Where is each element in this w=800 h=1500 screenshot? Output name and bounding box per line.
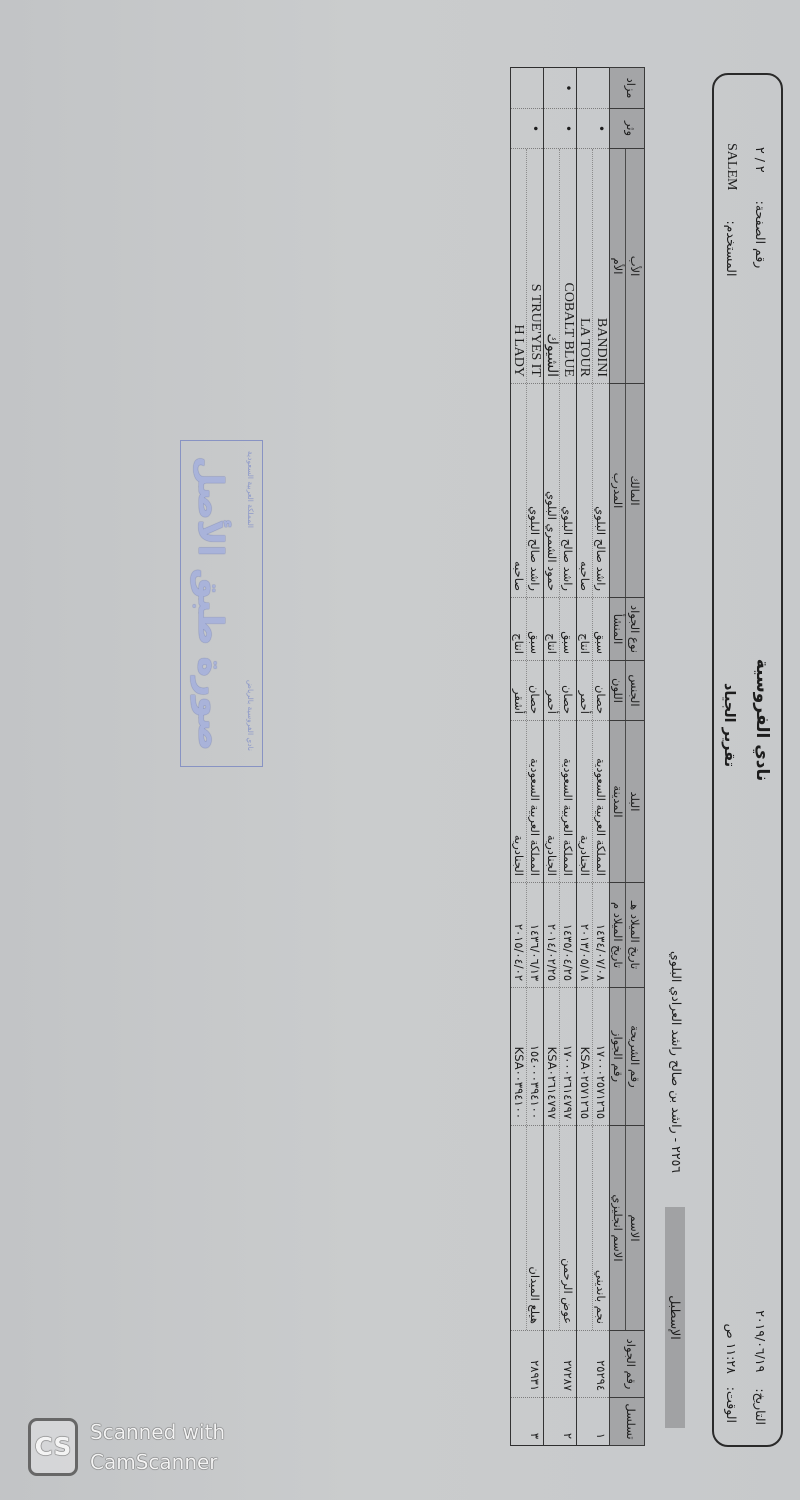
horse-row: ٢٢٧٢٨٧عوض الرحمن١٧٠٠٠٢٦١٤٧٩٧KSA٠٢٦١٤٧٩٧١… (544, 68, 577, 1446)
column-header-name: الاسمالاسم انجليزي (610, 1126, 645, 1331)
value-name_en (577, 1126, 592, 1330)
value-city: الجنادرية (511, 721, 526, 882)
date-value: ٢٠١٩/٠٦/١٩ (752, 1310, 768, 1372)
column-label: الجنس (626, 661, 644, 720)
stable-owner: ٢٢٥٦ - راشد بن صالح راشد العرادي البلوي (666, 951, 686, 1173)
cell-horse_type: سبقانتاج (544, 598, 577, 661)
cell-country: المملكة العربية السعوديةالجنادرية (577, 721, 610, 883)
stamp-second-line: المملكة العربية السعودية (245, 451, 255, 528)
column-label: رقم الشريحة (626, 988, 644, 1125)
cell-name: عوض الرحمن (544, 1126, 577, 1331)
stable-label: الإسطبل (668, 1295, 683, 1340)
cell-sex: حصانأحمر (577, 661, 610, 721)
value-dam: الشيوك (544, 149, 559, 383)
cell-owner: راشد صالح البلويصاحبه (577, 384, 610, 598)
value-sire: S TRUE'YES IT (526, 149, 543, 383)
empty-line (512, 109, 527, 148)
column-sublabel: اللون (610, 661, 626, 720)
cell-horse_no: ٢٧٢٨٧ (544, 1331, 577, 1398)
cell-chip: ١٥٤٠٠٠٣٩٤١٠٠KSA٠٠٣٩٤١٠٠ (511, 988, 544, 1126)
value-horse_no: ٢٧٢٨٧ (560, 1331, 576, 1397)
value-sex: حصان (592, 661, 609, 720)
column-sublabel: الاسم انجليزي (610, 1126, 626, 1330)
empty-line (545, 1398, 560, 1445)
value-dob_hijri: ١٤٣٥/٠٤/٢٥ (559, 883, 576, 987)
cell-owner: راشد صالح البلويصاحبه (511, 384, 544, 598)
date-label: التاريخ: (752, 1388, 768, 1425)
column-header-type: نوع الجوادالمنشأ (610, 598, 645, 661)
value-name_en (511, 1126, 526, 1330)
column-label: نوع الجواد (626, 598, 644, 660)
cell-horse_no: ٢٨٩٣١ (511, 1331, 544, 1398)
user-value: SALEM (723, 143, 739, 190)
value-color: أحمر (577, 661, 592, 720)
cell-sire: COBALT BLUEالشيوك (544, 149, 577, 384)
column-header-country: البلدالمدينة (610, 721, 645, 883)
cell-withers: • (577, 109, 610, 149)
value-chip: ١٥٤٠٠٠٣٩٤١٠٠ (526, 988, 543, 1125)
value-owner: راشد صالح البلوي (592, 384, 609, 597)
value-sire: BANDINI (592, 149, 609, 383)
camscanner-watermark: Scanned with CamScanner (90, 1417, 225, 1477)
report-subtitle: تقرير الجياد (720, 683, 738, 767)
report-time: الوقت: ١١:٢٨ ص (723, 1324, 739, 1423)
empty-line (578, 109, 593, 148)
column-sublabel: رقم الجواز (610, 988, 626, 1125)
cell-dob_hijri: ١٤٣٦/٠٦/١٣٢٠١٥/٠٤/٠٢ (511, 883, 544, 988)
value-city: الجنادرية (544, 721, 559, 882)
column-header-auction: مزاد (610, 68, 645, 109)
value-auction (593, 68, 609, 108)
cell-name: نجم بانديني (577, 1126, 610, 1331)
value-serial: ٢ (560, 1398, 576, 1445)
value-dam: LA TOUR (577, 149, 592, 383)
value-trainer: صاحبه (511, 384, 526, 597)
column-label: تسلسل (611, 1398, 644, 1445)
column-label: الأب (626, 149, 644, 383)
column-label: البلد (626, 721, 644, 882)
horse-row: ١٢٥٢٩٤نجم بانديني١٧٠٠٠٢٥٧١٢٦٥KSA٠٢٥٧١٢٦٥… (577, 68, 610, 1446)
column-sublabel: المدينة (610, 721, 626, 882)
column-header-sex: الجنساللون (610, 661, 645, 721)
value-country: المملكة العربية السعودية (592, 721, 609, 882)
value-color: أشقر (511, 661, 526, 720)
value-trainer: صاحبه (577, 384, 592, 597)
cell-name: هيلع الميدان (511, 1126, 544, 1331)
value-origin: انتاج (577, 598, 592, 660)
value-withers: • (560, 109, 576, 148)
horse-row: ٣٢٨٩٣١هيلع الميدان١٥٤٠٠٠٣٩٤١٠٠KSA٠٠٣٩٤١٠… (511, 68, 544, 1446)
watermark-line-2: CamScanner (90, 1447, 225, 1477)
column-header-horse_no: رقم الجواد (610, 1331, 645, 1398)
cell-horse_type: سبقانتاج (511, 598, 544, 661)
cell-serial: ١ (577, 1398, 610, 1446)
cell-auction (511, 68, 544, 109)
cell-sex: حصانأحمر (544, 661, 577, 721)
time-label: الوقت: (723, 1387, 739, 1423)
value-country: المملكة العربية السعودية (559, 721, 576, 882)
value-dob_gregorian: ٢٠١٤/٠٢/٢٥ (544, 883, 559, 987)
page-number: رقم الصفحة: ٢ / ٢ (752, 147, 768, 268)
column-sublabel: الأم (610, 149, 626, 383)
cell-sire: BANDINILA TOUR (577, 149, 610, 384)
empty-line (578, 68, 593, 108)
cell-chip: ١٧٠٠٠٢٥٧١٢٦٥KSA٠٢٥٧١٢٦٥ (577, 988, 610, 1126)
cell-chip: ١٧٠٠٠٢٦١٤٧٩٧KSA٠٢٦١٤٧٩٧ (544, 988, 577, 1126)
value-sire: COBALT BLUE (559, 149, 576, 383)
value-auction: • (560, 68, 576, 108)
value-dob_hijri: ١٤٣٤/٠٧/٠٨ (592, 883, 609, 987)
value-sex: حصان (526, 661, 543, 720)
column-label: تاريخ الميلاد هـ (626, 883, 644, 987)
column-sublabel: المنشأ (610, 598, 626, 660)
empty-line (512, 1398, 527, 1445)
cell-owner: راشد صالح البلويحمود الشمري البلوي (544, 384, 577, 598)
value-origin: انتاج (544, 598, 559, 660)
cell-serial: ٣ (511, 1398, 544, 1446)
column-header-chip: رقم الشريحةرقم الجواز (610, 988, 645, 1126)
column-label: رقم الجواد (611, 1331, 644, 1397)
column-sublabel: تاريخ الميلاد م (610, 883, 626, 987)
report-user: المستخدم: SALEM (723, 143, 739, 276)
stamp-org-line: نادي الفروسية بالرياض (245, 680, 255, 751)
cell-country: المملكة العربية السعوديةالجنادرية (544, 721, 577, 883)
cell-dob_hijri: ١٤٣٤/٠٧/٠٨٢٠١٣/٠٥/١٨ (577, 883, 610, 988)
empty-line (578, 1331, 593, 1397)
report-title: نادي الفروسية (751, 659, 773, 782)
column-header-dob: تاريخ الميلاد هـتاريخ الميلاد م (610, 883, 645, 988)
time-value: ١١:٢٨ ص (723, 1324, 739, 1374)
value-name: عوض الرحمن (559, 1126, 576, 1330)
value-serial: ٣ (527, 1398, 543, 1445)
horse-report-document: التاريخ: ٢٠١٩/٠٦/١٩ الوقت: ١١:٢٨ ص نادي … (0, 0, 800, 1500)
cell-horse_type: سبقانتاج (577, 598, 610, 661)
value-horse_no: ٢٥٢٩٤ (593, 1331, 609, 1397)
value-dob_gregorian: ٢٠١٥/٠٤/٠٢ (511, 883, 526, 987)
column-label: وثر (611, 109, 644, 148)
value-horse_no: ٢٨٩٣١ (527, 1331, 543, 1397)
page-label: رقم الصفحة: (752, 201, 768, 269)
cell-horse_no: ٢٥٢٩٤ (577, 1331, 610, 1398)
value-passport: KSA٠٠٣٩٤١٠٠ (511, 988, 526, 1125)
cell-sex: حصانأشقر (511, 661, 544, 721)
empty-line (545, 68, 560, 108)
value-owner: راشد صالح البلوي (559, 384, 576, 597)
column-sublabel: المدرب (610, 384, 626, 597)
value-city: الجنادرية (577, 721, 592, 882)
empty-line (512, 1331, 527, 1397)
value-passport: KSA٠٢٥٧١٢٦٥ (577, 988, 592, 1125)
column-header-serial: تسلسل (610, 1398, 645, 1446)
horses-table: تسلسلرقم الجوادالاسمالاسم انجليزيرقم الش… (510, 67, 645, 1446)
report-date: التاريخ: ٢٠١٩/٠٦/١٩ (752, 1310, 768, 1425)
cell-withers: • (544, 109, 577, 149)
column-label: المالك (626, 384, 644, 597)
empty-line (545, 109, 560, 148)
cell-serial: ٢ (544, 1398, 577, 1446)
value-auction (527, 68, 543, 108)
watermark-line-1: Scanned with (90, 1417, 225, 1447)
cell-dob_hijri: ١٤٣٥/٠٤/٢٥٢٠١٤/٠٢/٢٥ (544, 883, 577, 988)
value-name: نجم بانديني (592, 1126, 609, 1330)
report-header: التاريخ: ٢٠١٩/٠٦/١٩ الوقت: ١١:٢٨ ص نادي … (712, 73, 783, 1447)
empty-line (578, 1398, 593, 1445)
table-header-row: تسلسلرقم الجوادالاسمالاسم انجليزيرقم الش… (610, 68, 645, 1446)
empty-line (545, 1331, 560, 1397)
column-label: مزاد (611, 68, 644, 108)
value-trainer: حمود الشمري البلوي (544, 384, 559, 597)
value-horse_type: سبق (592, 598, 609, 660)
value-horse_type: سبق (526, 598, 543, 660)
user-label: المستخدم: (723, 220, 739, 276)
cell-auction: • (544, 68, 577, 109)
value-name: هيلع الميدان (526, 1126, 543, 1330)
stamp-text: صورة طبق الأصل (189, 441, 231, 766)
certified-copy-stamp: نادي الفروسية بالرياض المملكة العربية ال… (180, 440, 263, 767)
value-chip: ١٧٠٠٠٢٥٧١٢٦٥ (592, 988, 609, 1125)
value-withers: • (593, 109, 609, 148)
value-sex: حصان (559, 661, 576, 720)
value-origin: انتاج (511, 598, 526, 660)
empty-line (512, 68, 527, 108)
value-name_en (544, 1126, 559, 1330)
value-dam: H LADY (511, 149, 526, 383)
value-color: أحمر (544, 661, 559, 720)
page-value: ٢ / ٢ (752, 147, 768, 173)
column-header-withers: وثر (610, 109, 645, 149)
column-label: الاسم (626, 1126, 644, 1330)
value-withers: • (527, 109, 543, 148)
stable-label-bar: الإسطبل (665, 1207, 685, 1428)
cell-sire: S TRUE'YES ITH LADY (511, 149, 544, 384)
value-owner: راشد صالح البلوي (526, 384, 543, 597)
cell-country: المملكة العربية السعوديةالجنادرية (511, 721, 544, 883)
value-horse_type: سبق (559, 598, 576, 660)
value-passport: KSA٠٢٦١٤٧٩٧ (544, 988, 559, 1125)
cell-auction (577, 68, 610, 109)
column-header-sire: الأبالأم (610, 149, 645, 384)
value-country: المملكة العربية السعودية (526, 721, 543, 882)
column-header-owner: المالكالمدرب (610, 384, 645, 598)
camscanner-logo-icon: CS (28, 1418, 78, 1476)
value-dob_hijri: ١٤٣٦/٠٦/١٣ (526, 883, 543, 987)
value-chip: ١٧٠٠٠٢٦١٤٧٩٧ (559, 988, 576, 1125)
value-dob_gregorian: ٢٠١٣/٠٥/١٨ (577, 883, 592, 987)
cell-withers: • (511, 109, 544, 149)
value-serial: ١ (593, 1398, 609, 1445)
